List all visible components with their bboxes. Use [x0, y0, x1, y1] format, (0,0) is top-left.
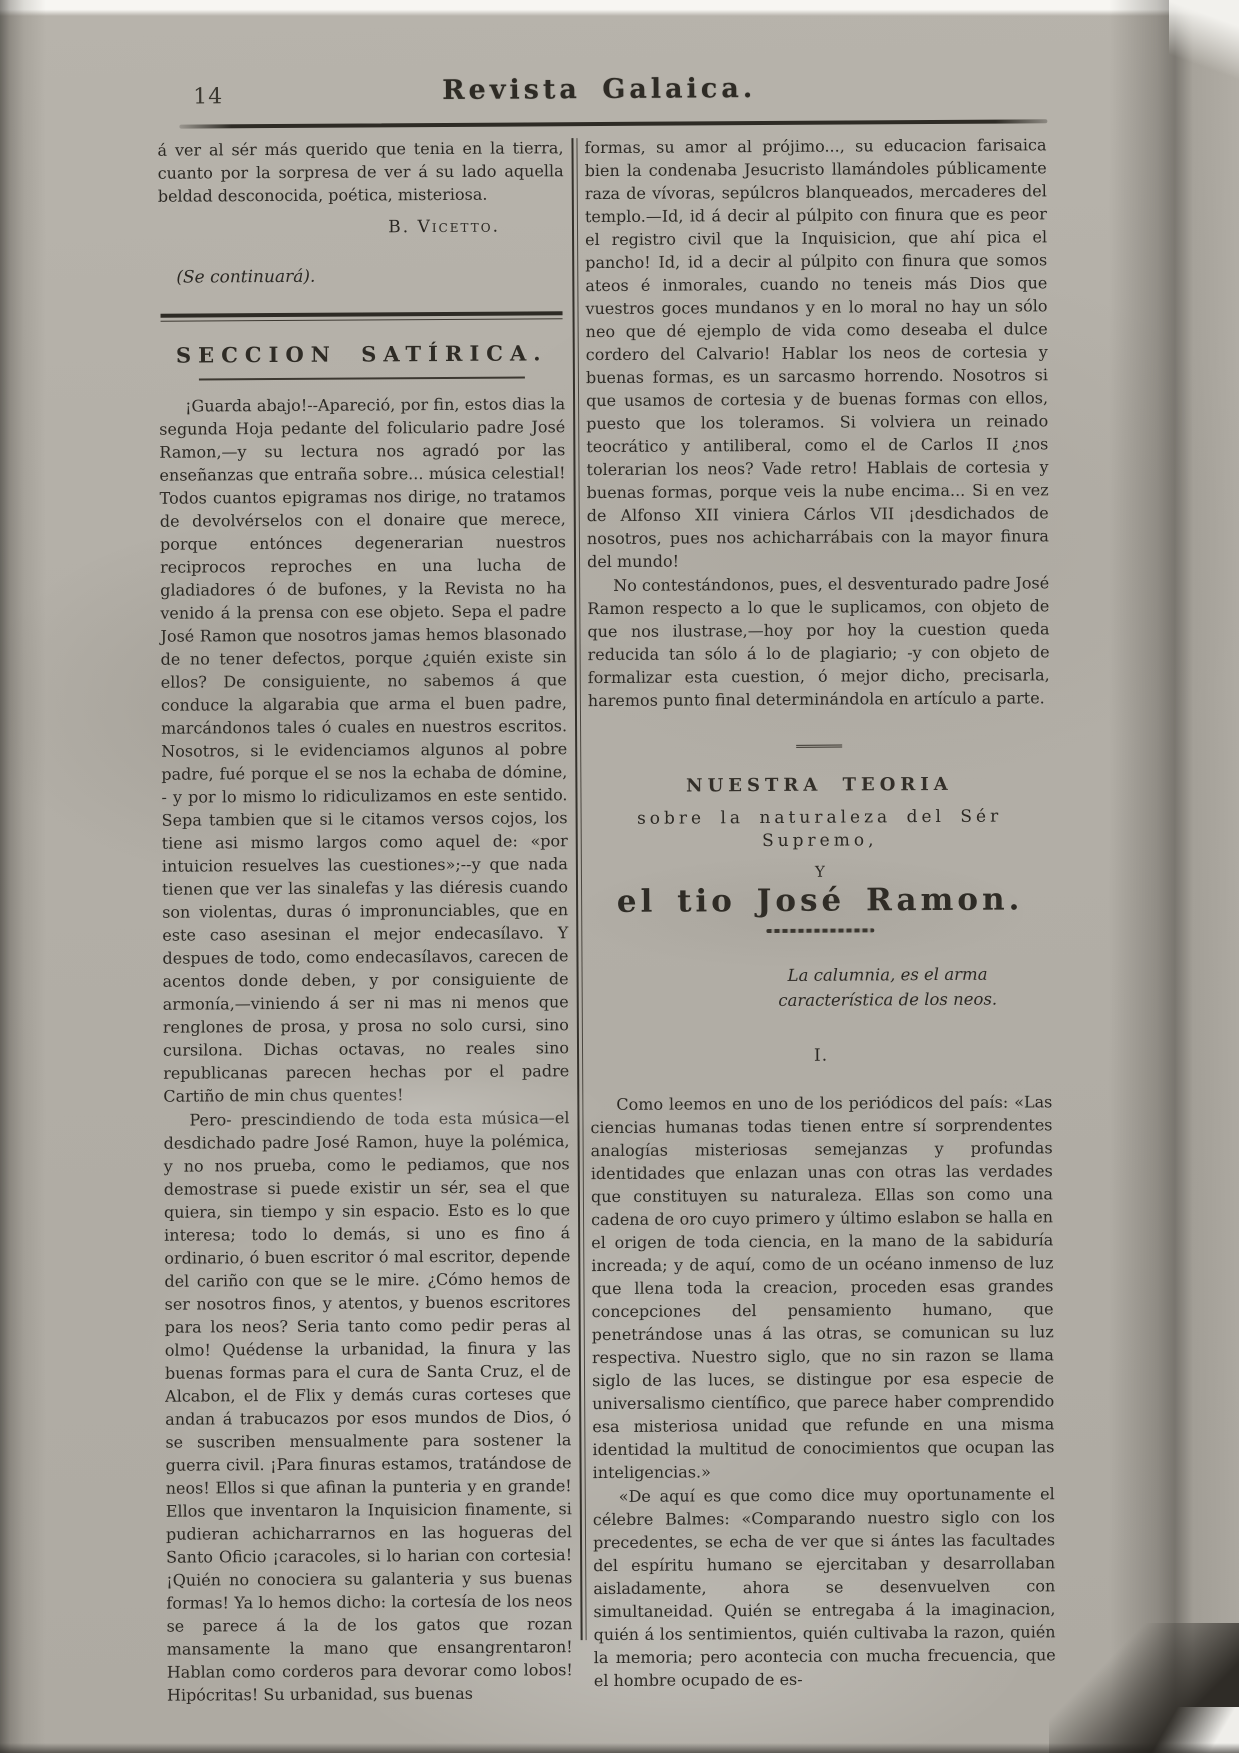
epigraph-line-1: La calumnia, es el arma	[737, 961, 1037, 988]
right-column: formas, su amor al prójimo..., su educac…	[584, 133, 1056, 1704]
scanner-bottom-strip	[0, 1743, 1239, 1753]
article-kicker: NUESTRA TEORIA	[588, 772, 1050, 798]
satirical-section-text: ¡Guarda abajo!--Apareció, por fin, estos…	[159, 392, 573, 1706]
scanner-top-strip	[0, 0, 1239, 16]
column-divider-rule	[571, 138, 586, 1640]
article-separator-rule	[796, 745, 842, 748]
top-right-page-sliver	[1169, 0, 1239, 120]
paragraph: «De aquí es que como dice muy oportuname…	[593, 1482, 1056, 1692]
paragraph: Como leemos en uno de los periódicos del…	[590, 1090, 1054, 1484]
page-content: 14 Revista Galaica. á ver al sér más que…	[151, 69, 1057, 1694]
two-column-layout: á ver al sér más querido que tenia en la…	[151, 133, 1057, 1706]
continuation-note: (Se continuará).	[176, 264, 564, 289]
section-title-rule	[199, 376, 525, 380]
left-column: á ver al sér más querido que tenia en la…	[157, 136, 573, 1706]
article-subtitle: sobre la naturaleza del Sér Supremo,	[589, 805, 1051, 854]
article-text: Como leemos en uno de los periódicos del…	[590, 1090, 1056, 1692]
epigraph: La calumnia, es el arma característica d…	[737, 961, 1037, 1013]
page-header: 14 Revista Galaica.	[151, 69, 1047, 120]
chapter-numeral: I.	[590, 1043, 1052, 1069]
section-divider-rule	[161, 311, 563, 321]
paragraph: ¡Guarda abajo!--Apareció, por fin, estos…	[159, 392, 569, 1107]
title-underline-rule	[766, 928, 874, 933]
scanned-page: 14 Revista Galaica. á ver al sér más que…	[0, 0, 1239, 1753]
book-gutter-shadow	[1109, 0, 1239, 1753]
author-signature: B. Vicetto.	[158, 216, 500, 241]
paragraph: formas, su amor al prójimo..., su educac…	[584, 133, 1049, 573]
serial-ending-paragraph: á ver al sér más querido que tenia en la…	[157, 136, 563, 207]
masthead-title: Revista Galaica.	[151, 71, 1047, 107]
header-rule	[179, 119, 1047, 128]
satirical-continuation-text: formas, su amor al prójimo..., su educac…	[584, 133, 1050, 712]
book-left-edge	[0, 0, 46, 1753]
paragraph: Pero- prescindiendo de toda esta música—…	[163, 1106, 573, 1706]
epigraph-line-2: característica de los neos.	[738, 986, 1038, 1013]
paragraph: No contestándonos, pues, el desventurado…	[587, 571, 1050, 712]
article-title: el tio José Ramon.	[589, 888, 1051, 914]
section-title: SECCION SATÍRICA.	[159, 341, 565, 366]
